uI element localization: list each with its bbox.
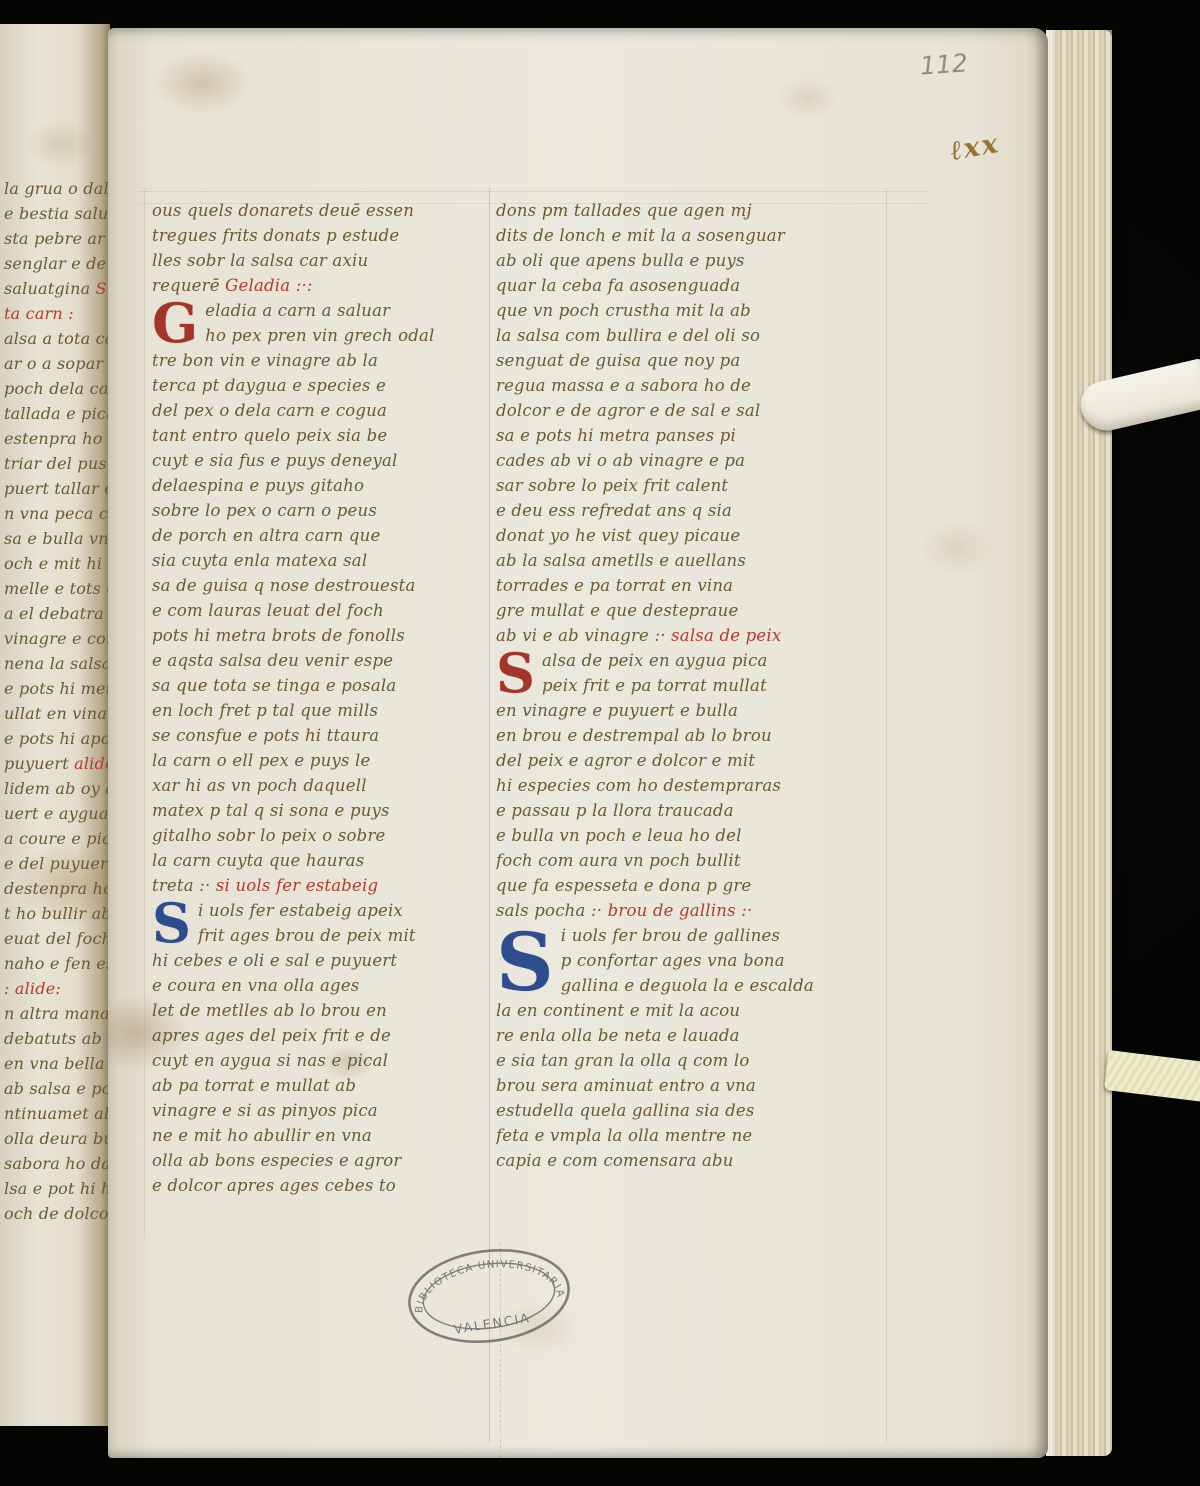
manuscript-line: naho e fen estude <box>4 951 110 976</box>
manuscript-line: re enla olla be neta e lauada <box>496 1023 901 1048</box>
manuscript-line: peix frit e pa torrat mullat <box>496 673 901 698</box>
manuscript-line: en loch fret p tal que mills <box>152 698 497 723</box>
manuscript-line: hi especies com ho destempraras <box>496 773 901 798</box>
manuscript-line: la grua o daltr <box>4 176 110 201</box>
manuscript-line: de porch en altra carn que <box>152 523 497 548</box>
manuscript-line: que fa espesseta e dona p gre <box>496 873 901 898</box>
manuscript-line: en vna bella olla <box>4 1051 110 1076</box>
manuscript-line: la carn o ell pex e puys le <box>152 748 497 773</box>
text-block: ous quels donarets deuē essentregues fri… <box>152 198 497 298</box>
text-block: dons pm tallades que agen mjdits de lonc… <box>496 198 901 648</box>
manuscript-line: quar la ceba fa asosenguada <box>496 273 901 298</box>
manuscript-line: dons pm tallades que agen mj <box>496 198 901 223</box>
manuscript-line: sa que tota se tinga e posala <box>152 673 497 698</box>
manuscript-line: e sia tan gran la olla q com lo <box>496 1048 901 1073</box>
manuscript-line: triar del pus gra <box>4 451 110 476</box>
manuscript-line: ab oli que apens bulla e puys <box>496 248 901 273</box>
manuscript-photo: la grua o daltre bestia saluatgista pebr… <box>0 0 1200 1486</box>
manuscript-line: frit ages brou de peix mit <box>152 923 497 948</box>
manuscript-line: sar sobre lo peix frit calent <box>496 473 901 498</box>
book-fore-edge <box>1046 30 1112 1456</box>
manuscript-line: t ho bullir ab ag <box>4 901 110 926</box>
manuscript-line: tallada e picala <box>4 401 110 426</box>
manuscript-line: ne e mit ho abullir en vna <box>152 1123 497 1148</box>
manuscript-line: tre bon vin e vinagre ab la <box>152 348 497 373</box>
manuscript-line: se consfue e pots hi ttaura <box>152 723 497 748</box>
stamp-center-text: VALENCIA <box>453 1310 532 1337</box>
manuscript-line: : alide: <box>4 976 110 1001</box>
manuscript-line: del pex o dela carn e cogua <box>152 398 497 423</box>
manuscript-line: estenpra ho ab d <box>4 426 110 451</box>
manuscript-line: alsa de peix en aygua pica <box>496 648 901 673</box>
text-block: Si uols fer brou de gallinesp confortar … <box>496 923 901 1173</box>
manuscript-line: hi cebes e oli e sal e puyuert <box>152 948 497 973</box>
manuscript-line: poch dela carn m <box>4 376 110 401</box>
manuscript-line: let de metlles ab lo brou en <box>152 998 497 1023</box>
manuscript-line: dits de lonch e mit la a sosenguar <box>496 223 901 248</box>
manuscript-line: uert e aygua esca <box>4 801 110 826</box>
facing-page-sliver: la grua o daltre bestia saluatgista pebr… <box>0 24 110 1426</box>
manuscript-line: cuyt e sia fus e puys deneyal <box>152 448 497 473</box>
manuscript-line: p confortar ages vna bona <box>496 948 901 973</box>
manuscript-line: saluatgina S <box>4 276 110 301</box>
manuscript-line: debatuts ab vna <box>4 1026 110 1051</box>
manuscript-line: en vinagre e puyuert e bulla <box>496 698 901 723</box>
manuscript-line: ar o a sopar po <box>4 351 110 376</box>
manuscript-line: n altra mana ab <box>4 1001 110 1026</box>
manuscript-line: puert tallar e q <box>4 476 110 501</box>
text-block: Si uols fer estabeig apeixfrit ages brou… <box>152 898 497 1198</box>
manuscript-line: olla deura bullir <box>4 1126 110 1151</box>
manuscript-line: e bestia saluatgi <box>4 201 110 226</box>
illuminated-initial: S <box>496 650 535 697</box>
manuscript-line: ab la salsa ametlls e auellans <box>496 548 901 573</box>
manuscript-line: lsa e pot hi hom <box>4 1176 110 1201</box>
manuscript-line: vinagre e si as pinyos pica <box>152 1098 497 1123</box>
manuscript-line: vinagre e com los <box>4 626 110 651</box>
manuscript-line: treta :· si uols fer estabeig <box>152 873 497 898</box>
manuscript-line: cuyt en aygua si nas e pical <box>152 1048 497 1073</box>
manuscript-line: sabora ho dagua <box>4 1151 110 1176</box>
manuscript-line: gallina e deguola la e escalda <box>496 973 901 998</box>
stamp-arc-text: BIBLIOTECA UNIVERSITARIA <box>409 1251 566 1317</box>
manuscript-line: eladia a carn a saluar <box>152 298 497 323</box>
manuscript-line: i uols fer estabeig apeix <box>152 898 497 923</box>
manuscript-line: delaespina e puys gitaho <box>152 473 497 498</box>
text-column-left: ous quels donarets deuē essentregues fri… <box>152 198 497 1198</box>
manuscript-line: olla ab bons especies e agror <box>152 1148 497 1173</box>
manuscript-line: pots hi metra brots de fonolls <box>152 623 497 648</box>
manuscript-line: senglar e de cor <box>4 251 110 276</box>
manuscript-line: e passau p la llora traucada <box>496 798 901 823</box>
manuscript-line: xar hi as vn poch daquell <box>152 773 497 798</box>
manuscript-line: sa e pots hi metra panses pi <box>496 423 901 448</box>
manuscript-line: e del puyuert e sa <box>4 851 110 876</box>
manuscript-line: estudella quela gallina sia des <box>496 1098 901 1123</box>
manuscript-page: 112 ℓxx ous quels donarets deuē essentre… <box>108 28 1048 1458</box>
ruling-line-left <box>144 188 145 1238</box>
manuscript-line: dolcor e de agror e de sal e sal <box>496 398 901 423</box>
manuscript-line: e pots hi aposta <box>4 726 110 751</box>
manuscript-line: la carn cuyta que hauras <box>152 848 497 873</box>
manuscript-line: la en continent e mit la acou <box>496 998 901 1023</box>
manuscript-line: senguat de guisa que noy pa <box>496 348 901 373</box>
manuscript-line: ab pa torrat e mullat ab <box>152 1073 497 1098</box>
text-block: Salsa de peix en aygua picapeix frit e p… <box>496 648 901 923</box>
manuscript-line: och de dolcor e los <box>4 1201 110 1226</box>
manuscript-line: ntinuamet ab bro <box>4 1101 110 1126</box>
manuscript-line: e com lauras leuat del foch <box>152 598 497 623</box>
manuscript-line: puyuert alidema <box>4 751 110 776</box>
manuscript-line: ta carn : <box>4 301 110 326</box>
manuscript-line: foch com aura vn poch bullit <box>496 848 901 873</box>
manuscript-line: ho pex pren vin grech odal <box>152 323 497 348</box>
manuscript-line: e coura en vna olla ages <box>152 973 497 998</box>
manuscript-line: del peix e agror e dolcor e mit <box>496 748 901 773</box>
library-stamp: BIBLIOTECA UNIVERSITARIA VALENCIA <box>399 1236 580 1356</box>
manuscript-line: sobre lo pex o carn o peus <box>152 498 497 523</box>
manuscript-line: och e mit hi ous <box>4 551 110 576</box>
manuscript-line: en brou e destrempal ab lo brou <box>496 723 901 748</box>
manuscript-line: gitalho sobr lo peix o sobre <box>152 823 497 848</box>
manuscript-line: terca pt daygua e species e <box>152 373 497 398</box>
manuscript-line: a el debatra del <box>4 601 110 626</box>
manuscript-line: gre mullat e que destepraue <box>496 598 901 623</box>
manuscript-line: sta pebre ar is <box>4 226 110 251</box>
manuscript-line: destenpra ho ab <box>4 876 110 901</box>
manuscript-line: i uols fer brou de gallines <box>496 923 901 948</box>
manuscript-line: matex p tal q si sona e puys <box>152 798 497 823</box>
manuscript-line: ab salsa e posaho <box>4 1076 110 1101</box>
manuscript-line: regua massa e a sabora ho de <box>496 373 901 398</box>
manuscript-line: alsa a tota carn <box>4 326 110 351</box>
manuscript-line: e pots hi metra <box>4 676 110 701</box>
manuscript-line: donat yo he vist quey picaue <box>496 523 901 548</box>
manuscript-line: ullat en vinagre <box>4 701 110 726</box>
manuscript-line: la salsa com bullira e del oli so <box>496 323 901 348</box>
illuminated-initial: G <box>152 300 198 347</box>
manuscript-line: ab vi e ab vinagre :· salsa de peix <box>496 623 901 648</box>
margin-fragment-lines: la grua o daltre bestia saluatgista pebr… <box>4 176 110 1226</box>
text-block: Geladia a carn a saluarho pex pren vin g… <box>152 298 497 898</box>
manuscript-line: tregues frits donats p estude <box>152 223 497 248</box>
folio-mark: ℓxx <box>948 128 1002 167</box>
manuscript-line: sia cuyta enla matexa sal <box>152 548 497 573</box>
manuscript-line: lles sobr la salsa car axiu <box>152 248 497 273</box>
manuscript-line: n vna peca cuy <box>4 501 110 526</box>
manuscript-line: sa e bulla vn p <box>4 526 110 551</box>
illuminated-initial: S <box>496 926 554 998</box>
ruling-line-horizontal-top <box>138 191 928 192</box>
manuscript-line: torrades e pa torrat en vina <box>496 573 901 598</box>
manuscript-line: e dolcor apres ages cebes to <box>152 1173 497 1198</box>
manuscript-line: que vn poch crustha mit la ab <box>496 298 901 323</box>
manuscript-line: melle e tots ense <box>4 576 110 601</box>
manuscript-line: e deu ess refredat ans q sia <box>496 498 901 523</box>
bookmark-ribbon-cream <box>1104 1050 1200 1102</box>
manuscript-line: e aqsta salsa deu venir espe <box>152 648 497 673</box>
library-stamp-graphic: BIBLIOTECA UNIVERSITARIA VALENCIA <box>399 1236 580 1356</box>
manuscript-line: lidem ab oy ages <box>4 776 110 801</box>
manuscript-line: sals pocha :· brou de gallins :· <box>496 898 901 923</box>
manuscript-line: requerē Geladia :·: <box>152 273 497 298</box>
manuscript-line: nena la salsa grin <box>4 651 110 676</box>
manuscript-line: ous quels donarets deuē essen <box>152 198 497 223</box>
manuscript-line: apres ages del peix frit e de <box>152 1023 497 1048</box>
illuminated-initial: S <box>152 900 191 947</box>
manuscript-line: tant entro quelo peix sia be <box>152 423 497 448</box>
manuscript-line: capia e com comensara abu <box>496 1148 901 1173</box>
manuscript-line: e bulla vn poch e leua ho del <box>496 823 901 848</box>
manuscript-line: brou sera aminuat entro a vna <box>496 1073 901 1098</box>
page-number: 112 <box>919 48 969 80</box>
manuscript-line: cades ab vi o ab vinagre e pa <box>496 448 901 473</box>
manuscript-line: euat del foch mit <box>4 926 110 951</box>
text-column-right: dons pm tallades que agen mjdits de lonc… <box>496 198 901 1173</box>
manuscript-line: sa de guisa q nose destrouesta <box>152 573 497 598</box>
manuscript-line: feta e vmpla la olla mentre ne <box>496 1123 901 1148</box>
manuscript-line: a coure e pica b <box>4 826 110 851</box>
